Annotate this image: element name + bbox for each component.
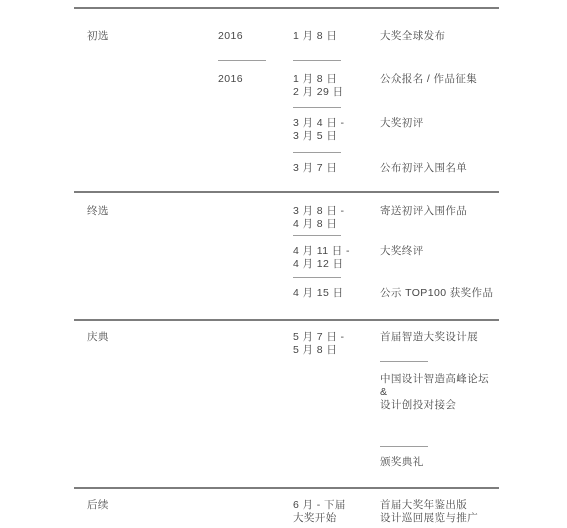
event-cell: 首届智造大奖设计展: [380, 331, 499, 357]
event-line: 大奖终评: [380, 245, 499, 258]
event-line: 设计巡回展览与推广: [380, 512, 499, 525]
year-cell: [218, 499, 293, 525]
event-line: 首届智造大奖设计展: [380, 331, 499, 344]
event-cell: 大奖终评: [380, 245, 499, 271]
date-column-divider: [293, 277, 341, 278]
year-cell: [218, 373, 293, 412]
date-column-divider: [293, 107, 341, 108]
event-line: 大奖初评: [380, 117, 499, 130]
section-final: 终选 3 月 8 日 - 4 月 8 日 寄送初评入围作品 4 月 11 日 -…: [74, 191, 499, 319]
event-line: 大奖全球发布: [380, 30, 499, 43]
phase-label: 庆典: [74, 331, 218, 357]
phase-label: 终选: [74, 205, 218, 231]
event-cell: 公众报名 / 作品征集: [380, 73, 499, 99]
date-cell: 4 月 11 日 - 4 月 12 日: [293, 245, 380, 271]
timeline-row: 初选 2016 1 月 8 日 大奖全球发布: [74, 30, 499, 43]
event-cell: 公示 TOP100 获奖作品: [380, 287, 499, 300]
event-line: 首届大奖年鉴出版: [380, 499, 499, 512]
timeline-row: 3 月 7 日 公布初评入围名单: [74, 162, 499, 175]
phase-label-spacer: [74, 162, 218, 175]
phase-label: 初选: [74, 30, 218, 43]
year-cell: [218, 117, 293, 143]
date-line: 大奖开始: [293, 512, 380, 525]
section-followup: 后续 6 月 - 下届 大奖开始 首届大奖年鉴出版 设计巡回展览与推广: [74, 487, 499, 525]
year-cell: 2016: [218, 30, 293, 43]
year-cell: [218, 205, 293, 231]
date-column-divider: [293, 60, 341, 61]
event-line: 寄送初评入围作品: [380, 205, 499, 218]
event-line: 公示 TOP100 获奖作品: [380, 287, 499, 300]
event-line: 中国设计智造高峰论坛: [380, 373, 499, 386]
timeline-row: 4 月 15 日 公示 TOP100 获奖作品: [74, 287, 499, 300]
date-cell: 3 月 8 日 - 4 月 8 日: [293, 205, 380, 231]
event-line: 颁奖典礼: [380, 456, 499, 469]
event-cell: 公布初评入围名单: [380, 162, 499, 175]
date-cell: 4 月 15 日: [293, 287, 380, 300]
event-column-divider: [380, 446, 428, 447]
event-cell: 中国设计智造高峰论坛 & 设计创投对接会: [380, 373, 499, 412]
timeline-row: 终选 3 月 8 日 - 4 月 8 日 寄送初评入围作品: [74, 205, 499, 231]
event-cell: 大奖全球发布: [380, 30, 499, 43]
phase-label-spacer: [74, 117, 218, 143]
event-cell: 大奖初评: [380, 117, 499, 143]
year-column-divider: [218, 60, 266, 61]
date-column-divider: [293, 152, 341, 153]
date-line: 6 月 - 下届: [293, 499, 380, 512]
event-line: 公布初评入围名单: [380, 162, 499, 175]
timeline-row: 2016 1 月 8 日 2 月 29 日 公众报名 / 作品征集: [74, 73, 499, 99]
phase-label: 后续: [74, 499, 218, 525]
date-cell: 6 月 - 下届 大奖开始: [293, 499, 380, 525]
date-line: 4 月 8 日: [293, 218, 380, 231]
year-cell: [218, 331, 293, 357]
date-line: 3 月 5 日: [293, 130, 380, 143]
date-cell: 1 月 8 日: [293, 30, 380, 43]
date-line: 3 月 4 日 -: [293, 117, 380, 130]
date-cell: 3 月 7 日: [293, 162, 380, 175]
year-text: 2016: [218, 73, 293, 86]
timeline-row: 4 月 11 日 - 4 月 12 日 大奖终评: [74, 245, 499, 271]
phase-label-spacer: [74, 245, 218, 271]
event-line: 公众报名 / 作品征集: [380, 73, 499, 86]
year-cell: [218, 162, 293, 175]
event-cell: 首届大奖年鉴出版 设计巡回展览与推广: [380, 499, 499, 525]
section-preliminary: 初选 2016 1 月 8 日 大奖全球发布 2016 1 月 8 日 2 月 …: [74, 7, 499, 191]
date-line: 3 月 8 日 -: [293, 205, 380, 218]
section-celebration: 庆典 5 月 7 日 - 5 月 8 日 首届智造大奖设计展 中国设计智造高峰论…: [74, 319, 499, 487]
date-column-divider: [293, 235, 341, 236]
year-text: 2016: [218, 30, 293, 43]
event-line: 设计创投对接会: [380, 399, 499, 412]
timeline-row: 庆典 5 月 7 日 - 5 月 8 日 首届智造大奖设计展: [74, 331, 499, 357]
year-cell: [218, 245, 293, 271]
date-line: 5 月 8 日: [293, 344, 380, 357]
timeline-row: 颁奖典礼: [74, 456, 499, 469]
event-cell: 寄送初评入围作品: [380, 205, 499, 231]
date-cell: 5 月 7 日 - 5 月 8 日: [293, 331, 380, 357]
event-cell: 颁奖典礼: [380, 456, 499, 469]
event-column-divider: [380, 361, 428, 362]
year-cell: 2016: [218, 73, 293, 99]
date-cell: 1 月 8 日 2 月 29 日: [293, 73, 380, 99]
timeline-row: 后续 6 月 - 下届 大奖开始 首届大奖年鉴出版 设计巡回展览与推广: [74, 499, 499, 525]
year-cell: [218, 287, 293, 300]
date-line: 2 月 29 日: [293, 86, 380, 99]
date-cell: [293, 373, 380, 412]
phase-label-spacer: [74, 73, 218, 99]
date-line: 3 月 7 日: [293, 162, 380, 175]
year-cell: [218, 456, 293, 469]
date-cell: [293, 456, 380, 469]
timeline-row: 中国设计智造高峰论坛 & 设计创投对接会: [74, 373, 499, 412]
date-line: 4 月 15 日: [293, 287, 380, 300]
phase-label-spacer: [74, 456, 218, 469]
date-line: 1 月 8 日: [293, 30, 380, 43]
date-line: 4 月 12 日: [293, 258, 380, 271]
date-line: 4 月 11 日 -: [293, 245, 380, 258]
timeline-row: 3 月 4 日 - 3 月 5 日 大奖初评: [74, 117, 499, 143]
phase-label-spacer: [74, 373, 218, 412]
date-cell: 3 月 4 日 - 3 月 5 日: [293, 117, 380, 143]
date-line: 5 月 7 日 -: [293, 331, 380, 344]
award-schedule-timeline: 初选 2016 1 月 8 日 大奖全球发布 2016 1 月 8 日 2 月 …: [74, 7, 499, 525]
phase-label-spacer: [74, 287, 218, 300]
date-line: 1 月 8 日: [293, 73, 380, 86]
event-line: &: [380, 386, 499, 399]
